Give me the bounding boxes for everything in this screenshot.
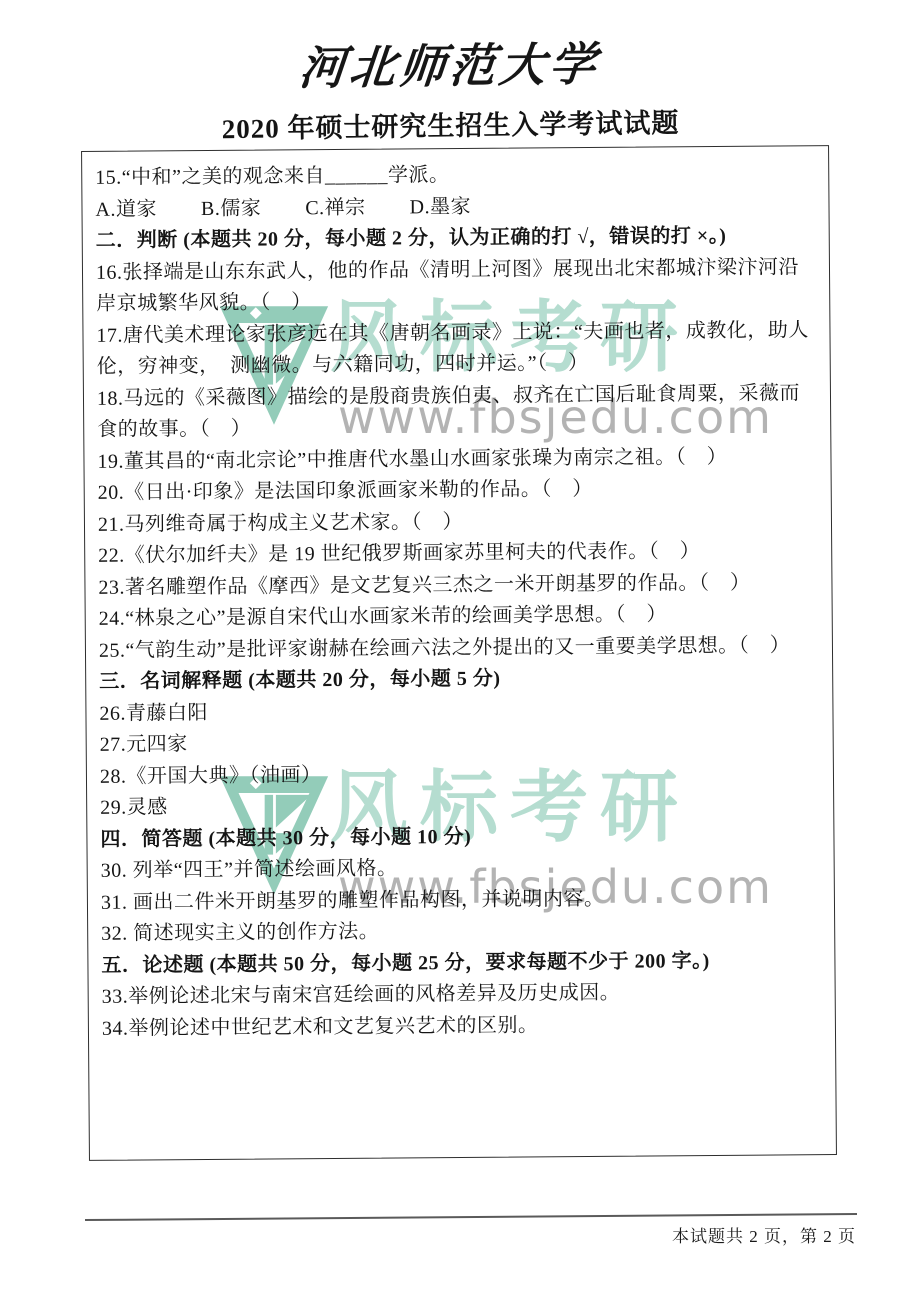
university-calligraphy-logo: 河北师范大学 bbox=[0, 24, 900, 103]
question-19: 19.董其昌的“南北宗论”中推唐代水墨山水画家张璪为南宗之祖。（ ） bbox=[97, 441, 812, 478]
question-17: 17.唐代美术理论家张彦远在其《唐朝名画录》上说：“夫画也者，成教化，助人伦，穷… bbox=[96, 315, 811, 384]
option-b: B.儒家 bbox=[201, 193, 262, 225]
question-16: 16.张择端是山东东武人，他的作品《清明上河图》展现出北宋都城汴梁汴河沿岸京城繁… bbox=[96, 252, 811, 321]
option-d: D.墨家 bbox=[410, 191, 472, 223]
page-footer: 本试题共 2 页，第 2 页 bbox=[672, 1222, 856, 1247]
footer-divider bbox=[85, 1213, 857, 1221]
section-5-essay-header: 五．论述题 (本题共 50 分，每小题 25 分，要求每题不少于 200 字。) bbox=[101, 945, 816, 982]
option-a: A.道家 bbox=[95, 194, 157, 226]
question-25: 25.“气韵生动”是批评家谢赫在绘画六法之外提出的又一重要美学思想。（ ） bbox=[99, 630, 814, 667]
question-23: 23.著名雕塑作品《摩西》是文艺复兴三杰之一米开朗基罗的作品。（ ） bbox=[98, 567, 813, 604]
option-c: C.禅宗 bbox=[305, 192, 366, 224]
question-box: 15.“中和”之美的观念来自______学派。 A.道家 B.儒家 C.禅宗 D… bbox=[81, 145, 837, 1161]
question-18: 18.马远的《采薇图》描绘的是殷商贵族伯夷、叔齐在亡国后耻食周粟，采薇而食的故事… bbox=[97, 378, 812, 447]
page-title: 2020 年硕士研究生招生入学考试试题 bbox=[0, 98, 900, 150]
page-header: 河北师范大学 2020 年硕士研究生招生入学考试试题 bbox=[0, 24, 900, 150]
section-2-judge-header: 二．判断 (本题共 20 分，每小题 2 分，认为正确的打 √，错误的打 ×。) bbox=[96, 220, 811, 257]
question-34: 34.举例论述中世纪艺术和文艺复兴艺术的区别。 bbox=[102, 1008, 817, 1045]
